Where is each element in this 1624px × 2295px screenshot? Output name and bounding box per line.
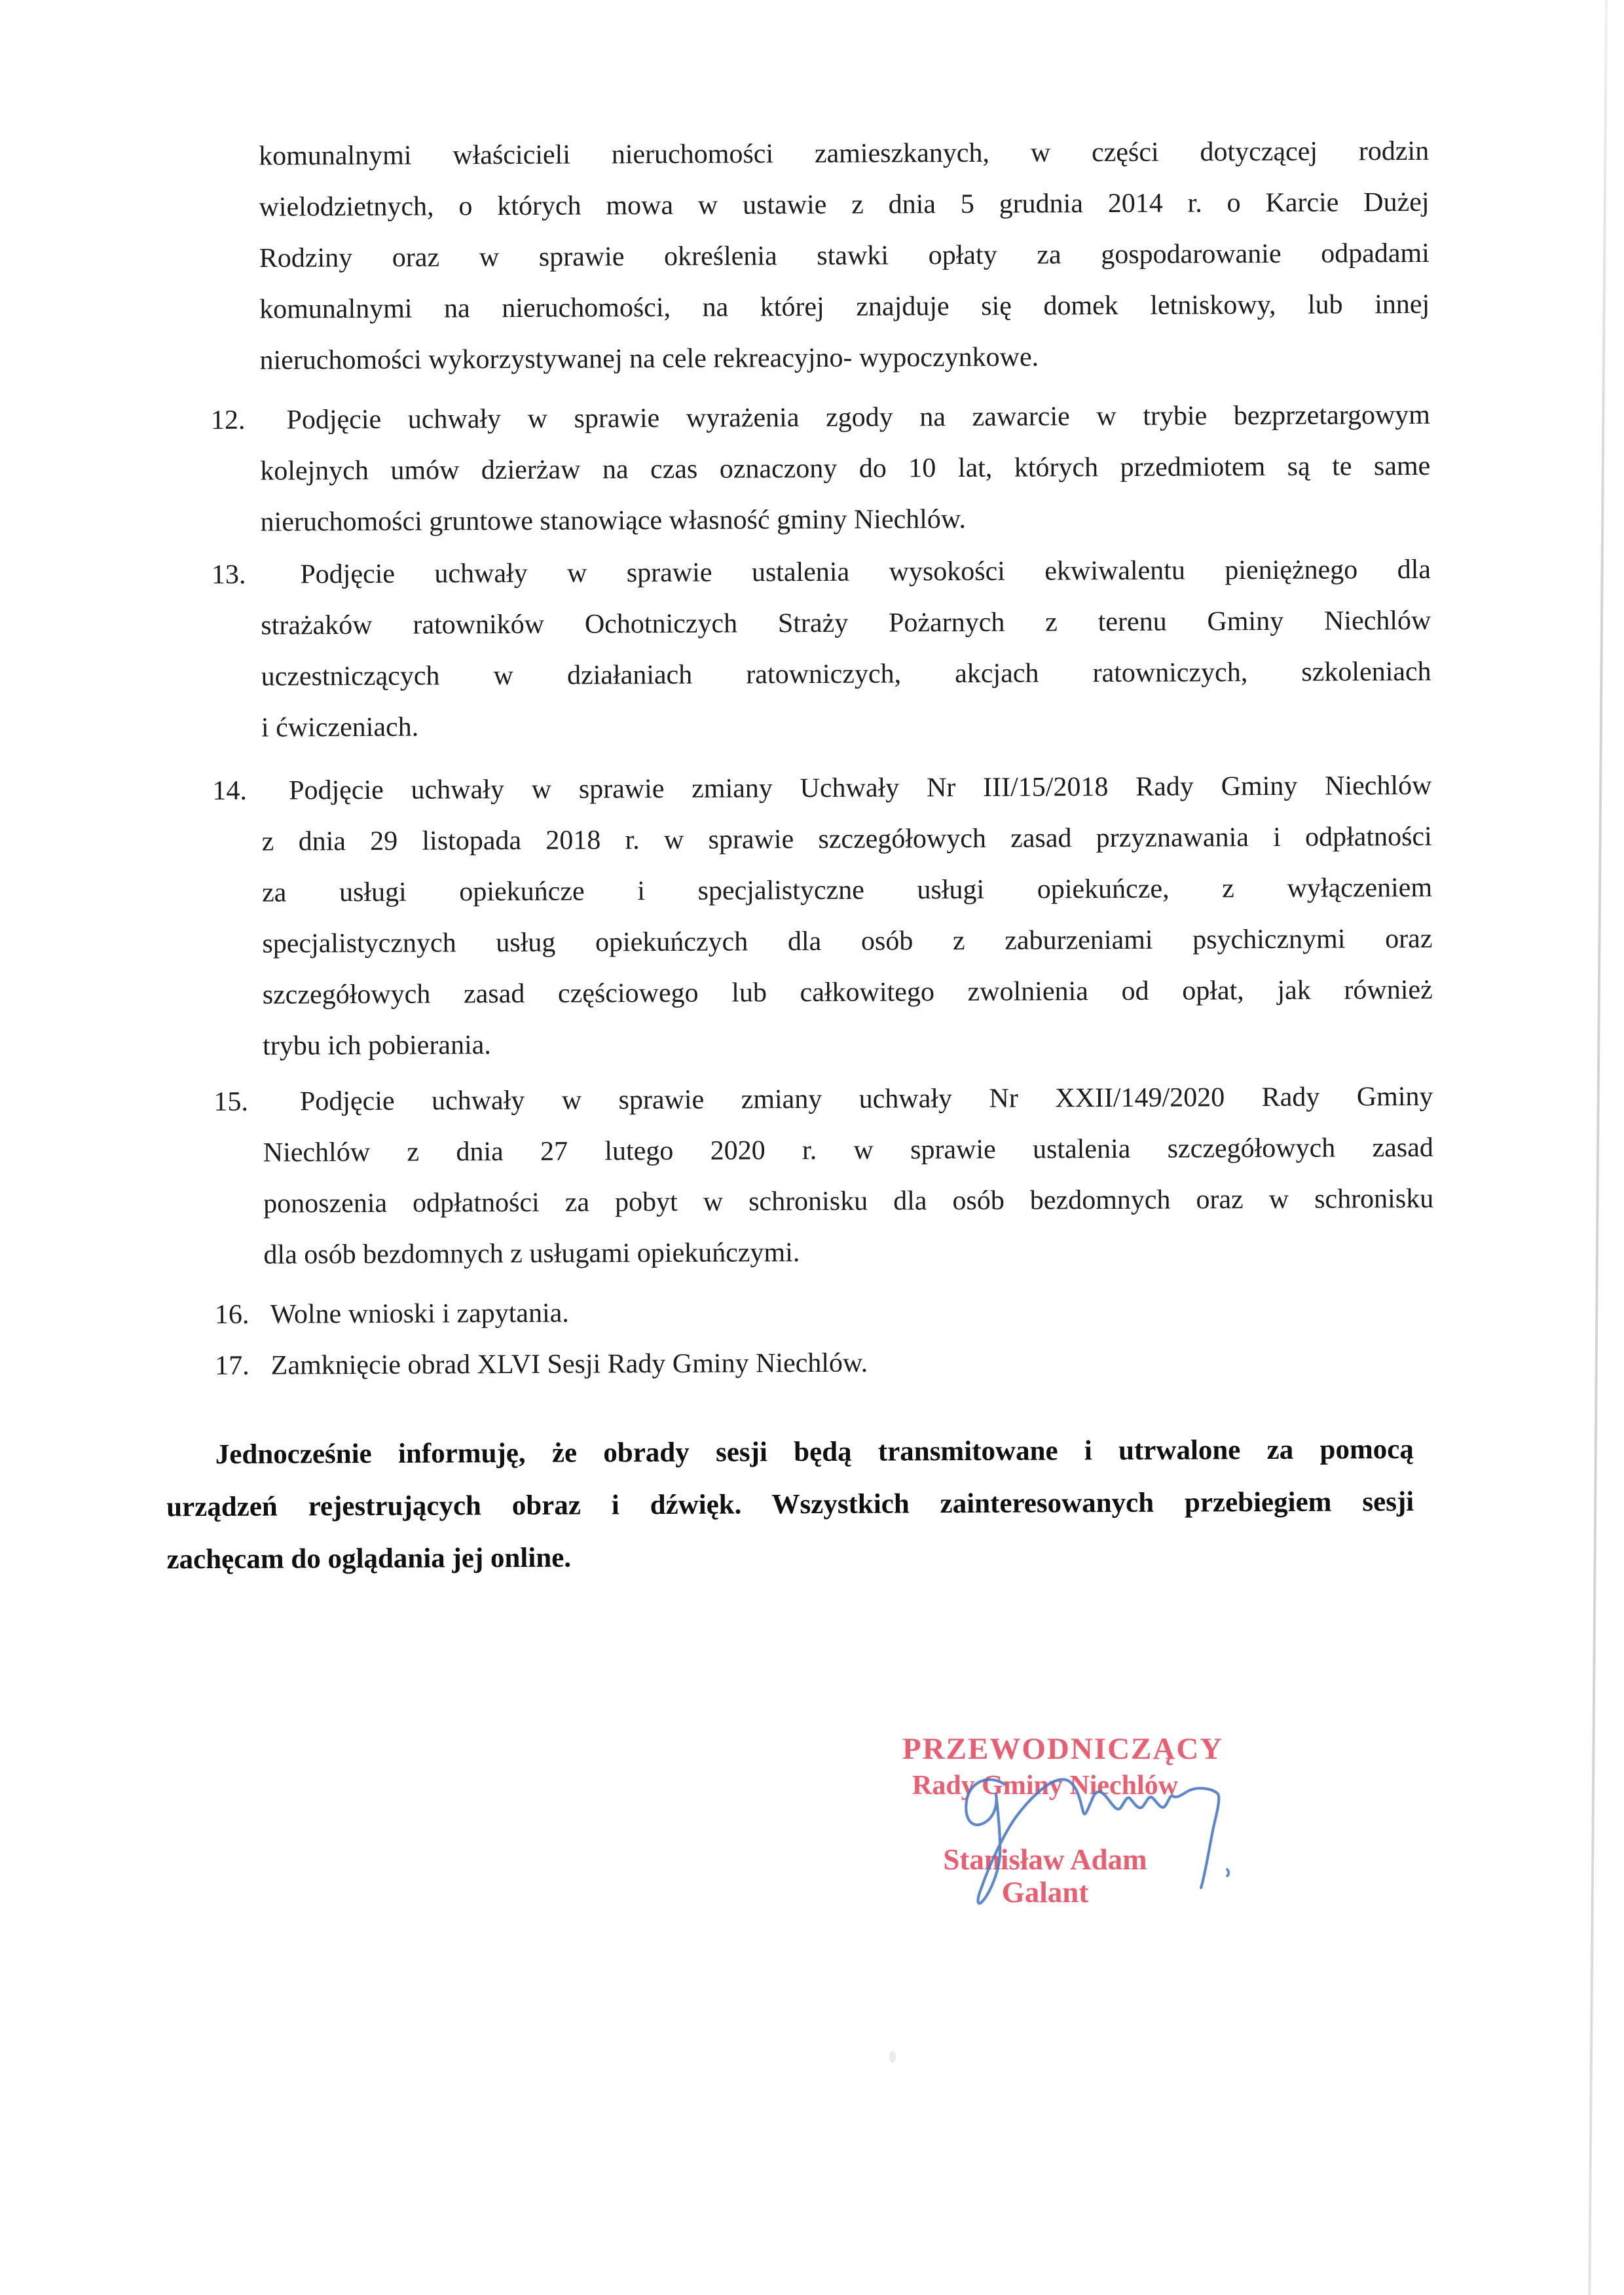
- agenda-line: specjalistycznych usług opiekuńczych dla…: [213, 913, 1432, 970]
- document-body: komunalnymi właścicieli nieruchomości za…: [0, 125, 1624, 1587]
- agenda-line: dla osób bezdomnych z usługami opiekuńcz…: [214, 1224, 1433, 1281]
- agenda-line: 16. Wolne wnioski i zapytania.: [215, 1284, 1434, 1340]
- agenda-line: za usługi opiekuńcze i specjalistyczne u…: [213, 862, 1432, 919]
- item-text: Podjęcie uchwały w sprawie ustalenia wys…: [300, 555, 1431, 590]
- agenda-line: z dnia 29 listopada 2018 r. w sprawie sz…: [213, 811, 1432, 868]
- agenda-line: kolejnych umów dzierżaw na czas oznaczon…: [211, 441, 1430, 497]
- scanned-document-page: komunalnymi właścicieli nieruchomości za…: [0, 0, 1624, 2295]
- agenda-line: 12. Podjęcie uchwały w sprawie wyrażenia…: [211, 390, 1430, 446]
- agenda-line: szczegółowych zasad częściowego lub całk…: [213, 964, 1433, 1021]
- agenda-line: 14. Podjęcie uchwały w sprawie zmiany Uc…: [212, 760, 1431, 817]
- item-text: Podjęcie uchwały w sprawie wyrażenia zgo…: [286, 400, 1430, 435]
- signature-stroke: [966, 1780, 1219, 1903]
- closing-line: urządzeń rejestrujących obraz i dźwięk. …: [166, 1476, 1414, 1533]
- item-number: 12.: [211, 395, 260, 446]
- agenda-item-14: 14. Podjęcie uchwały w sprawie zmiany Uc…: [212, 760, 1433, 1072]
- item-number: 16.: [215, 1289, 264, 1340]
- agenda-line: strażaków ratowników Ochotniczych Straży…: [212, 595, 1431, 652]
- agenda-item-17: 17. Zamknięcie obrad XLVI Sesji Rady Gmi…: [215, 1335, 1434, 1391]
- scan-artifact-speck: [889, 2051, 896, 2063]
- agenda-item-13: 13. Podjęcie uchwały w sprawie ustalenia…: [212, 544, 1431, 754]
- agenda-item-15: 15. Podjęcie uchwały w sprawie zmiany uc…: [213, 1071, 1433, 1281]
- agenda-line: 15. Podjęcie uchwały w sprawie zmiany uc…: [213, 1071, 1433, 1128]
- paragraph-line: komunalnymi właścicieli nieruchomości za…: [259, 126, 1429, 182]
- agenda-line: 13. Podjęcie uchwały w sprawie ustalenia…: [212, 544, 1431, 600]
- item-text: Podjęcie uchwały w sprawie zmiany uchwał…: [300, 1082, 1433, 1117]
- agenda-line: 17. Zamknięcie obrad XLVI Sesji Rady Gmi…: [215, 1335, 1434, 1391]
- paragraph-line: komunalnymi na nieruchomości, na której …: [259, 279, 1430, 335]
- item-text: Wolne wnioski i zapytania.: [270, 1298, 569, 1330]
- agenda-line: nieruchomości gruntowe stanowiące własno…: [211, 492, 1430, 548]
- signature-dot: [1227, 1869, 1228, 1876]
- continuation-paragraph: komunalnymi właścicieli nieruchomości za…: [259, 126, 1430, 386]
- item-number: 14.: [212, 765, 261, 817]
- item-text: Zamknięcie obrad XLVI Sesji Rady Gminy N…: [271, 1348, 868, 1381]
- paragraph-line: Rodziny oraz w sprawie określenia stawki…: [259, 228, 1430, 284]
- agenda-line: uczestniczących w działaniach ratowniczy…: [212, 646, 1431, 703]
- closing-note: Jednocześnie informuję, że obrady sesji …: [166, 1423, 1414, 1586]
- paragraph-line: nieruchomości wykorzystywanej na cele re…: [259, 330, 1430, 386]
- agenda-line: trybu ich pobierania.: [213, 1016, 1433, 1072]
- closing-line: zachęcam do oglądania jej online.: [166, 1528, 1414, 1586]
- agenda-line: ponoszenia odpłatności za pobyt w schron…: [214, 1173, 1433, 1230]
- item-number: 15.: [213, 1076, 263, 1128]
- item-text: Podjęcie uchwały w sprawie zmiany Uchwał…: [289, 771, 1431, 806]
- item-number: 17.: [215, 1340, 264, 1391]
- agenda-item-12: 12. Podjęcie uchwały w sprawie wyrażenia…: [211, 390, 1431, 548]
- item-number: 13.: [212, 549, 261, 600]
- agenda-line: Niechlów z dnia 27 lutego 2020 r. w spra…: [214, 1122, 1433, 1179]
- paragraph-line: wielodzietnych, o których mowa w ustawie…: [259, 177, 1429, 233]
- agenda-item-16: 16. Wolne wnioski i zapytania.: [215, 1284, 1434, 1340]
- closing-line: Jednocześnie informuję, że obrady sesji …: [166, 1423, 1414, 1481]
- agenda-line: i ćwiczeniach.: [212, 697, 1431, 754]
- signature-ink: [943, 1761, 1257, 1912]
